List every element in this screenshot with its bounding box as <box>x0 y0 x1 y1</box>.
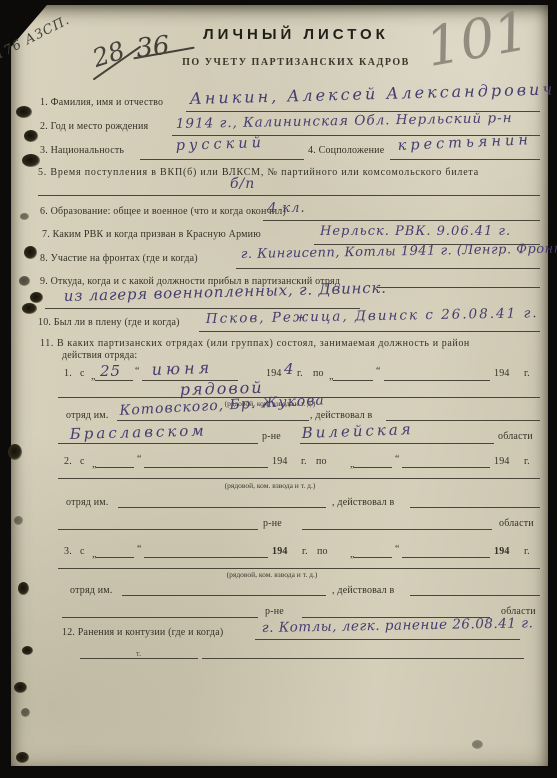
year-suffix: г. <box>301 456 307 467</box>
damage-hole <box>30 292 43 303</box>
district-label: р-не <box>265 606 284 617</box>
quote-close: “ <box>137 454 142 465</box>
damage-hole <box>22 303 37 314</box>
underline <box>255 639 520 640</box>
entry-1-unit-label: отряд им. <box>66 410 109 421</box>
underline <box>140 159 304 160</box>
underline <box>402 557 490 558</box>
field-11-label-line2: действия отряда: <box>62 350 137 361</box>
underline <box>144 557 268 558</box>
position-caption: (рядовой, ком. взвода и т. д.) <box>172 570 372 579</box>
entry-2-number: 2. <box>64 456 72 467</box>
year-printed: 194 <box>272 546 288 557</box>
field-6-label: 6. Образование: общее и военное (что и к… <box>40 206 286 217</box>
entry-1-acted-label: , действовал в <box>310 410 372 421</box>
entry-3-acted-label: , действовал в <box>332 585 394 596</box>
field-2-label: 2. Год и место рождения <box>40 121 148 132</box>
year-printed: 194 <box>494 546 510 557</box>
entry-1-to-label: по <box>313 368 324 379</box>
entry-2-acted-label: , действовал в <box>332 497 394 508</box>
underline <box>410 595 540 596</box>
damage-hole <box>14 516 23 525</box>
damage-hole <box>18 582 29 595</box>
quote-close: “ <box>135 366 140 377</box>
form-title: ЛИЧНЫЙ ЛИСТОК <box>186 26 406 43</box>
year-suffix: г. <box>302 546 308 557</box>
underline <box>236 268 540 269</box>
underline <box>390 159 540 160</box>
year-printed: 194 <box>272 456 288 467</box>
damage-hole <box>24 246 37 259</box>
underline <box>96 557 134 558</box>
quote-open: „ <box>350 459 355 470</box>
field-5-value: б/п <box>230 176 255 192</box>
field-6-value: 4 кл. <box>268 201 306 216</box>
entry-3-from-label: с <box>80 546 85 557</box>
underline <box>410 507 540 508</box>
year-suffix: г. <box>524 368 530 379</box>
underline <box>122 595 326 596</box>
entry-1-from-month: июня <box>151 358 213 379</box>
oblast-label: области <box>499 518 534 529</box>
oblast-label: области <box>498 431 533 442</box>
scanned-document: 176 АЗСП. 28 36 101 ЛИЧНЫЙ ЛИСТОК ПО УЧЕ… <box>0 0 557 778</box>
damage-hole <box>21 708 30 717</box>
underline <box>58 529 258 530</box>
entry-2-to-label: по <box>316 456 327 467</box>
form-subtitle: ПО УЧЕТУ ПАРТИЗАНСКИХ КАДРОВ <box>176 57 416 68</box>
district-label: р-не <box>263 518 282 529</box>
stray-mark: т. <box>136 649 141 658</box>
underline <box>302 529 492 530</box>
damage-hole <box>16 752 29 763</box>
quote-open: „ <box>350 549 355 560</box>
underline <box>354 467 392 468</box>
entry-2-unit-label: отряд им. <box>66 497 109 508</box>
damage-hole <box>22 646 33 655</box>
entry-1-from-year-digit: 4 <box>284 360 295 378</box>
field-5-label: 5. Время поступления в ВКП(б) или ВЛКСМ,… <box>38 167 479 178</box>
damage-hole <box>19 276 30 286</box>
quote-close: “ <box>395 544 400 555</box>
field-3-value: русский <box>175 135 265 154</box>
field-8-label: 8. Участие на фронтах (где и когда) <box>40 253 198 264</box>
year-printed: 194 <box>494 456 510 467</box>
underline <box>354 557 392 558</box>
damage-hole <box>22 154 40 167</box>
underline <box>38 195 540 196</box>
underline <box>263 220 540 221</box>
position-caption: (рядовой, ком. взвода и т. д.) <box>170 481 370 490</box>
field-7-value: Нерльск. РВК. 9.06.41 г. <box>320 224 511 239</box>
entry-1-from-day: 25 <box>100 362 121 380</box>
quote-close: “ <box>395 454 400 465</box>
underline <box>95 380 133 381</box>
field-1-label: 1. Фамилия, имя и отчество <box>40 97 163 108</box>
entry-1-from-label: с <box>80 368 85 379</box>
year-printed: 194 <box>494 368 510 379</box>
entry-1-number: 1. <box>64 368 72 379</box>
entry-1-district-value: Браславском <box>70 421 207 443</box>
underline <box>58 478 540 479</box>
underline <box>80 658 198 659</box>
underline <box>333 380 373 381</box>
field-3-label: 3. Национальность <box>40 145 124 156</box>
crossed-out-number: 36 <box>135 31 171 64</box>
underline <box>300 443 494 444</box>
field-11-label-line1: 11. В каких партизанских отрядах (или гр… <box>40 338 470 349</box>
field-10-label: 10. Был ли в плену (где и когда) <box>38 317 180 328</box>
year-suffix: г. <box>297 368 303 379</box>
entry-2-from-label: с <box>80 456 85 467</box>
damage-hole <box>14 682 27 693</box>
entry-3-number: 3. <box>64 546 72 557</box>
quote-close: “ <box>137 544 142 555</box>
year-printed: 194 <box>266 368 282 379</box>
underline <box>377 287 540 288</box>
underline <box>62 617 258 618</box>
underline <box>58 568 540 569</box>
underline <box>144 467 268 468</box>
underline <box>118 507 326 508</box>
damage-hole <box>8 444 22 460</box>
underline <box>117 420 309 421</box>
year-suffix: г. <box>524 456 530 467</box>
entry-3-unit-label: отряд им. <box>70 585 113 596</box>
quote-open: „ <box>92 549 97 560</box>
district-label: р-не <box>262 431 281 442</box>
underline <box>402 467 490 468</box>
underline <box>58 443 258 444</box>
damage-hole <box>472 740 483 749</box>
damage-hole <box>24 130 38 142</box>
field-4-label: 4. Соцположение <box>308 145 384 156</box>
entry-3-to-label: по <box>317 546 328 557</box>
quote-close: “ <box>376 366 381 377</box>
damage-hole <box>16 106 32 118</box>
year-suffix: г. <box>524 546 530 557</box>
field-7-label: 7. Каким РВК и когда призван в Красную А… <box>42 229 261 240</box>
underline <box>96 467 134 468</box>
damage-hole <box>20 213 29 220</box>
quote-open: „ <box>92 459 97 470</box>
underline <box>199 331 540 332</box>
underline <box>202 658 524 659</box>
underline <box>384 380 490 381</box>
field-12-label: 12. Ранения и контузии (где и когда) <box>62 627 223 638</box>
